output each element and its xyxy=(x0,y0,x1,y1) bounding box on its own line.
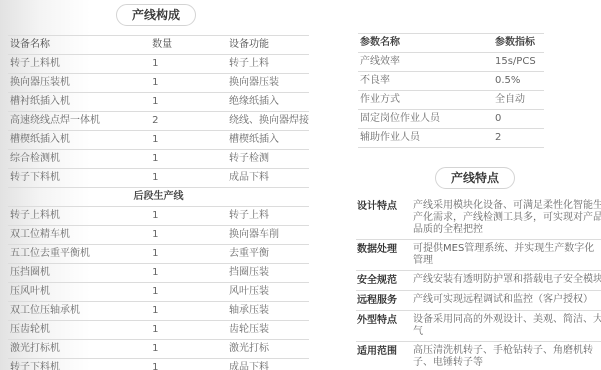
feature-row: 适用范围高压清洗机转子、手枪钻转子、角磨机转子、电锤转子等 xyxy=(356,342,601,370)
table-row: 转子下料机1成品下料 xyxy=(8,169,309,188)
column-header: 参数名称 xyxy=(358,34,495,53)
function: 挡圈压装 xyxy=(229,264,309,283)
equipment-name: 槽楔纸插入机 xyxy=(8,131,133,150)
composition-table: 设备名称数量设备功能转子上料机1转子上料换向器压装机1换向器压装槽衬纸插入机1绝… xyxy=(8,35,309,370)
table-row: 五工位去重平衡机1去重平衡 xyxy=(8,245,309,264)
quantity: 1 xyxy=(133,131,229,150)
function: 成品下料 xyxy=(229,359,309,370)
equipment-name: 转子上料机 xyxy=(8,55,133,74)
equipment-name: 压挡圈机 xyxy=(8,264,133,283)
table-header: 设备名称数量设备功能 xyxy=(8,36,309,55)
table-row: 作业方式全自动 xyxy=(358,91,544,110)
parameter-value: 2 xyxy=(495,129,544,148)
feature-value: 可提供MES管理系统、并实现生产数字化管理 xyxy=(407,243,601,267)
table-row: 不良率0.5% xyxy=(358,72,544,91)
quantity: 1 xyxy=(133,150,229,169)
feature-value: 设备采用同高的外观设计、美观、简洁、大气 xyxy=(407,314,601,338)
feature-key: 数据处理 xyxy=(356,243,407,267)
quantity: 1 xyxy=(133,207,229,226)
function: 转子上料 xyxy=(229,207,309,226)
equipment-name: 压风叶机 xyxy=(8,283,133,302)
table-row: 压齿轮机1齿轮压装 xyxy=(8,321,309,340)
quantity: 1 xyxy=(133,169,229,188)
function: 去重平衡 xyxy=(229,245,309,264)
equipment-name: 转子上料机 xyxy=(8,207,133,226)
feature-key: 适用范围 xyxy=(356,345,407,369)
equipment-name: 激光打标机 xyxy=(8,340,133,359)
table-header: 参数名称参数指标 xyxy=(358,34,544,53)
column-header: 设备名称 xyxy=(8,36,133,55)
quantity: 1 xyxy=(133,302,229,321)
feature-value: 产线安装有透明防护罩和搭载电子安全模块 xyxy=(407,274,601,287)
equipment-name: 五工位去重平衡机 xyxy=(8,245,133,264)
table-row: 双工位精车机1换向器车削 xyxy=(8,226,309,245)
function: 转子检测 xyxy=(229,150,309,169)
quantity: 1 xyxy=(133,340,229,359)
table-row: 激光打标机1激光打标 xyxy=(8,340,309,359)
equipment-name: 槽衬纸插入机 xyxy=(8,93,133,112)
section-title: 后段生产线 xyxy=(8,188,309,207)
column-header: 数量 xyxy=(133,36,229,55)
quantity: 1 xyxy=(133,359,229,370)
parameters-table: 参数名称参数指标产线效率15s/PCS不良率0.5%作业方式全自动固定岗位作业人… xyxy=(358,33,544,148)
table-row: 高速绕线点焊一体机2绕线、换向器焊接 xyxy=(8,112,309,131)
equipment-name: 转子下料机 xyxy=(8,359,133,370)
parameter-name: 不良率 xyxy=(358,72,495,91)
quantity: 1 xyxy=(133,245,229,264)
table-row: 压挡圈机1挡圈压装 xyxy=(8,264,309,283)
feature-row: 设计特点产线采用模块化设备、可满足柔性化智能生产化需求，产线检测工具多，可实现对… xyxy=(356,197,601,240)
table-row: 槽楔纸插入机1槽楔纸插入 xyxy=(8,131,309,150)
function: 激光打标 xyxy=(229,340,309,359)
parameter-value: 全自动 xyxy=(495,91,544,110)
feature-key: 设计特点 xyxy=(356,200,407,236)
section-row: 后段生产线 xyxy=(8,188,309,207)
parameter-value: 15s/PCS xyxy=(495,53,544,72)
function: 成品下料 xyxy=(229,169,309,188)
function: 齿轮压装 xyxy=(229,321,309,340)
function: 转子上料 xyxy=(229,55,309,74)
feature-row: 外型特点设备采用同高的外观设计、美观、简洁、大气 xyxy=(356,311,601,342)
quantity: 1 xyxy=(133,226,229,245)
feature-value: 产线采用模块化设备、可满足柔性化智能生产化需求，产线检测工具多，可实现对产品品质… xyxy=(407,200,601,236)
features-title: 产线特点 xyxy=(435,167,515,189)
table-row: 槽衬纸插入机1绝缘纸插入 xyxy=(8,93,309,112)
table-row: 转子上料机1转子上料 xyxy=(8,207,309,226)
table-row: 转子下料机1成品下料 xyxy=(8,359,309,370)
feature-key: 安全规范 xyxy=(356,274,407,287)
column-header: 设备功能 xyxy=(229,36,309,55)
features-list: 设计特点产线采用模块化设备、可满足柔性化智能生产化需求，产线检测工具多，可实现对… xyxy=(356,197,601,370)
column-header: 参数指标 xyxy=(495,34,544,53)
parameter-name: 固定岗位作业人员 xyxy=(358,110,495,129)
feature-row: 安全规范产线安装有透明防护罩和搭载电子安全模块 xyxy=(356,271,601,291)
quantity: 1 xyxy=(133,283,229,302)
table-row: 换向器压装机1换向器压装 xyxy=(8,74,309,93)
feature-key: 远程服务 xyxy=(356,294,407,307)
table-row: 转子上料机1转子上料 xyxy=(8,55,309,74)
equipment-name: 高速绕线点焊一体机 xyxy=(8,112,133,131)
quantity: 1 xyxy=(133,93,229,112)
function: 绕线、换向器焊接 xyxy=(229,112,309,131)
equipment-name: 综合检测机 xyxy=(8,150,133,169)
quantity: 1 xyxy=(133,321,229,340)
function: 轴承压装 xyxy=(229,302,309,321)
table-row: 固定岗位作业人员0 xyxy=(358,110,544,129)
table-row: 综合检测机1转子检测 xyxy=(8,150,309,169)
table-row: 产线效率15s/PCS xyxy=(358,53,544,72)
parameter-name: 辅助作业人员 xyxy=(358,129,495,148)
quantity: 1 xyxy=(133,55,229,74)
parameter-name: 作业方式 xyxy=(358,91,495,110)
feature-row: 远程服务产线可实现远程调试和监控（客户授权） xyxy=(356,291,601,311)
table-row: 双工位压轴承机1轴承压装 xyxy=(8,302,309,321)
table-row: 辅助作业人员2 xyxy=(358,129,544,148)
feature-value: 高压清洗机转子、手枪钻转子、角磨机转子、电锤转子等 xyxy=(407,345,601,369)
feature-row: 数据处理可提供MES管理系统、并实现生产数字化管理 xyxy=(356,240,601,271)
composition-title: 产线构成 xyxy=(116,4,196,26)
function: 换向器车削 xyxy=(229,226,309,245)
parameter-name: 产线效率 xyxy=(358,53,495,72)
quantity: 1 xyxy=(133,74,229,93)
function: 绝缘纸插入 xyxy=(229,93,309,112)
quantity: 2 xyxy=(133,112,229,131)
parameter-value: 0.5% xyxy=(495,72,544,91)
function: 换向器压装 xyxy=(229,74,309,93)
feature-key: 外型特点 xyxy=(356,314,407,338)
parameter-value: 0 xyxy=(495,110,544,129)
equipment-name: 压齿轮机 xyxy=(8,321,133,340)
feature-value: 产线可实现远程调试和监控（客户授权） xyxy=(407,294,601,307)
equipment-name: 双工位压轴承机 xyxy=(8,302,133,321)
table-row: 压风叶机1风叶压装 xyxy=(8,283,309,302)
equipment-name: 双工位精车机 xyxy=(8,226,133,245)
equipment-name: 换向器压装机 xyxy=(8,74,133,93)
function: 槽楔纸插入 xyxy=(229,131,309,150)
quantity: 1 xyxy=(133,264,229,283)
equipment-name: 转子下料机 xyxy=(8,169,133,188)
function: 风叶压装 xyxy=(229,283,309,302)
